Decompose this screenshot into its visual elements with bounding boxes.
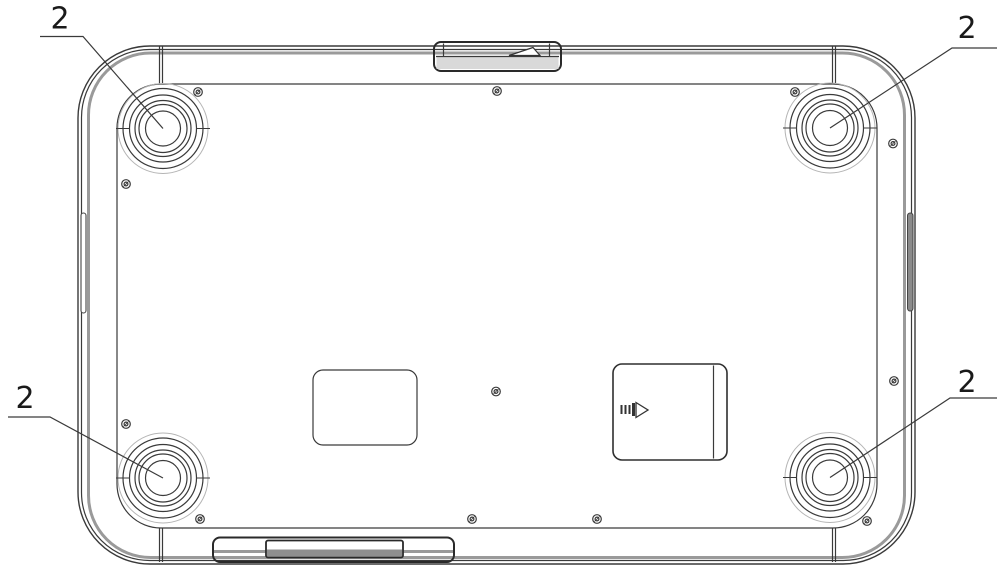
screw-hole [122,180,131,189]
ref-label-bottom-right: 2 [957,365,976,400]
screw-hole [194,88,203,97]
screw-hole [122,420,131,429]
ref-label-top-right: 2 [957,11,976,46]
figure-page: 2 2 2 2 [0,0,1000,572]
screw-hole [196,515,205,524]
screw-hole [492,387,501,396]
screw-hole [468,515,477,524]
ref-label-top-left: 2 [50,2,69,37]
bottom-latch-slider-shade [267,550,402,557]
side-groove-left [81,213,86,313]
screw-hole [593,515,602,524]
screw-hole [863,517,872,526]
screw-hole [890,377,899,386]
ref-label-bottom-left: 2 [15,381,34,416]
top-latch-recess-shade [437,57,559,70]
screw-hole [493,87,502,96]
side-groove-right [908,213,914,311]
drawing-canvas: 2 2 2 2 [0,0,1000,572]
screw-hole [889,139,898,148]
battery-cover [613,364,727,460]
device-outer-outline [78,46,915,564]
screw-hole [791,88,800,97]
